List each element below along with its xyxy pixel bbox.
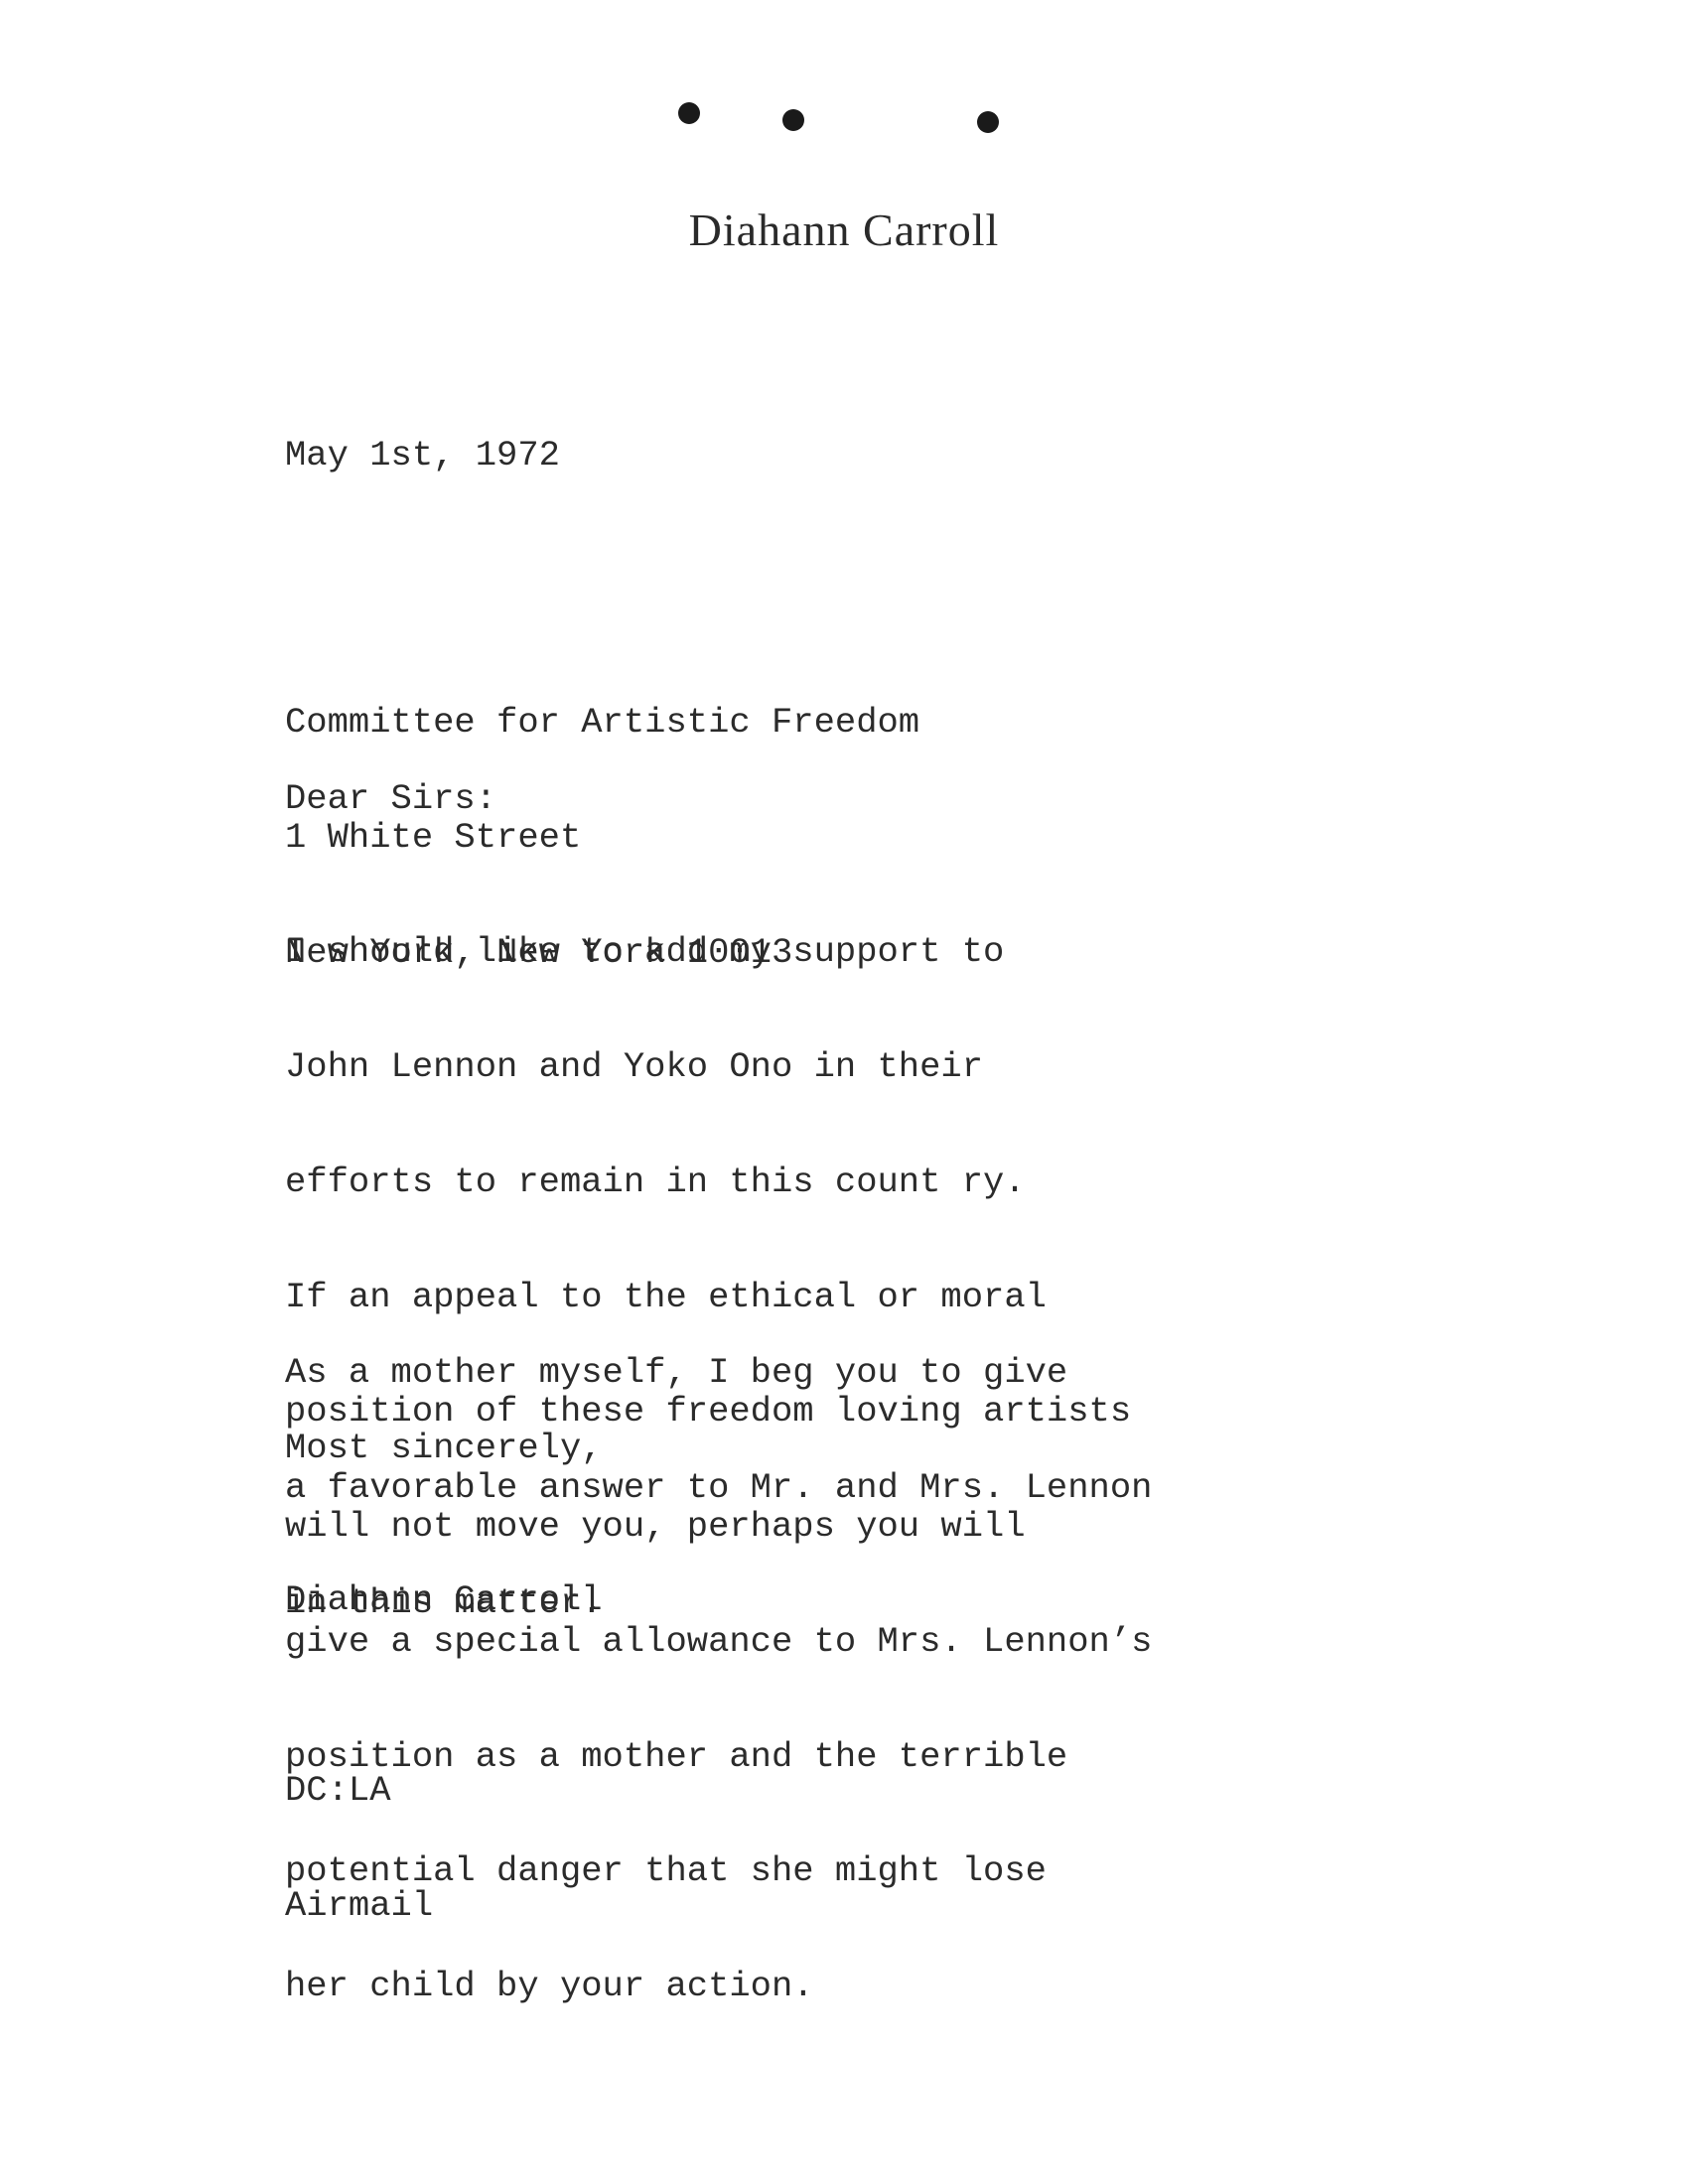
body-paragraph-2: As a mother myself, I beg you to give a … — [285, 1278, 1152, 1700]
body-line: a favorable answer to Mr. and Mrs. Lenno… — [285, 1469, 1152, 1508]
body-line: John Lennon and Yoko Ono in their — [285, 1048, 1152, 1087]
letter-date: May 1st, 1972 — [285, 437, 560, 476]
punch-hole-icon — [782, 109, 804, 131]
reference-initials: DC:LA — [285, 1772, 433, 1811]
reference-block: DC:LA Airmail — [285, 1696, 433, 2002]
punch-hole-icon — [678, 102, 700, 124]
punch-hole-icon — [977, 111, 999, 133]
salutation: Dear Sirs: — [285, 780, 496, 819]
closing: Most sincerely, — [285, 1430, 603, 1468]
body-line: I should like to add my support to — [285, 933, 1152, 972]
recipient-line: Committee for Artistic Freedom — [285, 704, 919, 743]
delivery-method: Airmail — [285, 1887, 433, 1926]
body-line: As a mother myself, I beg you to give — [285, 1354, 1152, 1393]
recipient-line: 1 White Street — [285, 819, 919, 858]
typed-signature: Diahann Carroll — [285, 1581, 603, 1620]
letter-page: Diahann Carroll May 1st, 1972 Committee … — [0, 0, 1688, 2184]
body-line: efforts to remain in this count ry. — [285, 1163, 1152, 1202]
letterhead-name: Diahann Carroll — [0, 204, 1688, 256]
